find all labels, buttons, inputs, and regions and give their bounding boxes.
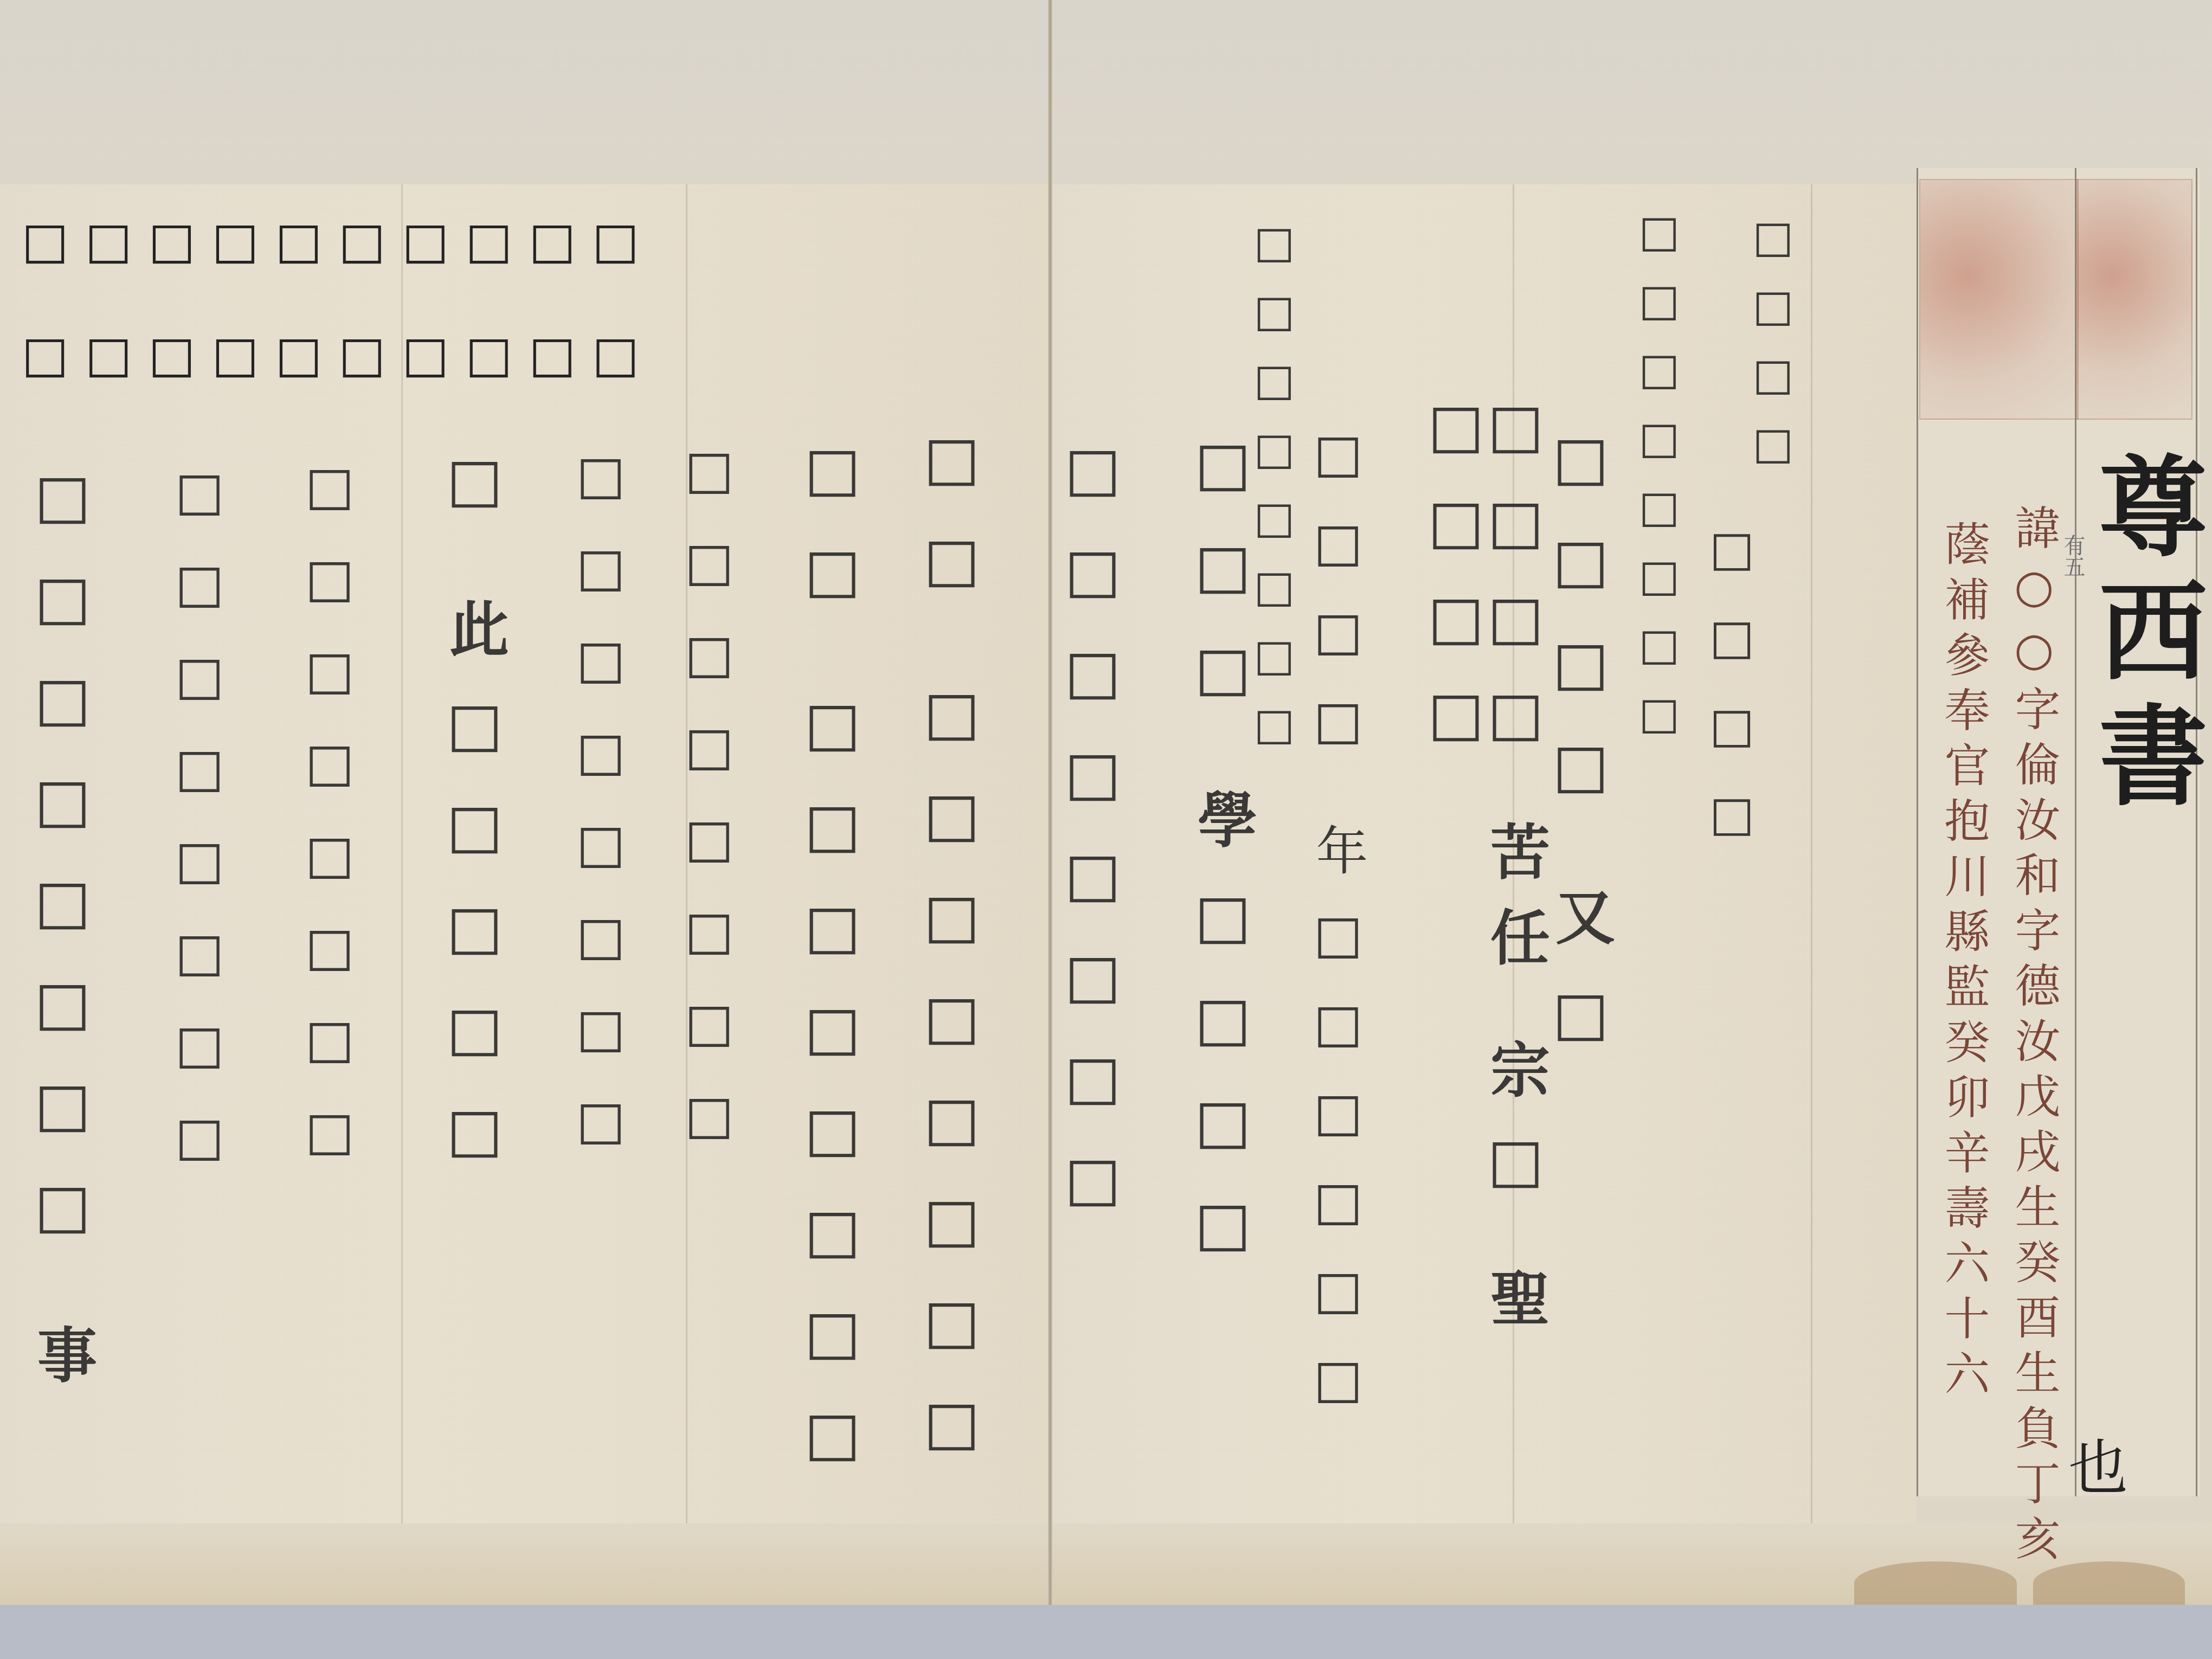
- letter-column: □□□□□□□□: [575, 445, 627, 1182]
- top-mount-margin: [0, 0, 2212, 187]
- letter-column: □□□□□□□□: [683, 439, 735, 1176]
- letter-sheet-left-page: [0, 184, 1050, 1523]
- letter-column: □□□□ 苦任 宗□ 聖□□□□: [1426, 390, 1545, 1605]
- annotation-column-name-birth: 諱○○字倫汝和字德汝戊戌生癸酉生負丁亥: [2011, 504, 2057, 1570]
- red-seal-impression-left: [1919, 179, 2079, 420]
- letter-column: □□□□: [1708, 520, 1756, 874]
- sideways-postscript-line: □□□□□□□□□□: [22, 325, 655, 383]
- letter-column: □ 此□□□□□: [445, 445, 504, 1196]
- column-rule: [2075, 168, 2076, 1496]
- letter-column: □□□□□□□□: [304, 455, 356, 1193]
- letter-column: □□ □□□□□□□□: [802, 434, 862, 1500]
- book-gutter: [1048, 0, 1052, 1605]
- album-spread: 諱○○字倫汝和字德汝戊戌生癸酉生負丁亥 蔭補參奉官抱川縣監癸卯辛壽六十六 有五 …: [0, 0, 2212, 1605]
- letter-column: □□□□: [1751, 211, 1795, 487]
- letter-column: □□□□□□□□: [1063, 434, 1122, 1245]
- letter-column: □□□□ 又□: [1551, 423, 1610, 1081]
- paper-fold-line: [1811, 184, 1812, 1523]
- water-stain: [1854, 1561, 2017, 1605]
- document-title: 尊西書: [2090, 450, 2198, 824]
- annotation-end-mark: 也: [2068, 1420, 2128, 1506]
- column-rule: [2196, 168, 2197, 1496]
- letter-column: □□□□ 年□□□□□□: [1312, 423, 1364, 1437]
- letter-column: □□ □□□□□□□□: [922, 423, 981, 1489]
- paper-fold-line: [401, 184, 403, 1523]
- letter-column: □□□□□□□□: [173, 461, 226, 1198]
- red-seal-impression-right: [2076, 179, 2192, 420]
- sideways-postscript-line: □□□□□□□□□□: [22, 211, 655, 269]
- annotation-column-office-age: 蔭補參奉官抱川縣監癸卯辛壽六十六: [1941, 520, 1986, 1405]
- letter-column-head: □□□□□□□□: [1637, 206, 1681, 757]
- letter-column-head: □□□□□□□□: [1252, 217, 1296, 768]
- letter-column: □□□□□□□□ 事: [33, 461, 92, 1415]
- letter-column: □□□ 學□□□□: [1193, 428, 1252, 1291]
